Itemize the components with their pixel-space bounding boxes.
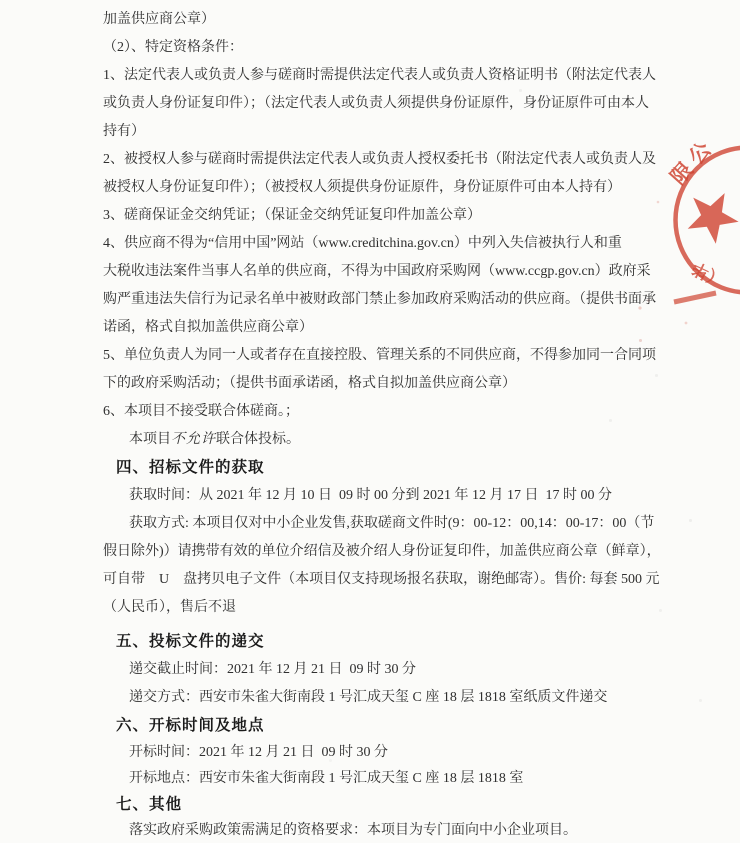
doc-line: （2）、特定资格条件： <box>103 34 680 62</box>
doc-line: 5、单位负责人为同一人或者存在直接控股、管理关系的不同供应商，不得参加同一合同项 <box>103 342 680 370</box>
seal-star-icon <box>679 181 740 248</box>
doc-line: （人民币），售后不退 <box>103 594 680 622</box>
seal-ink-speck <box>638 306 641 309</box>
doc-line: 被授权人身份证复印件）；（被授权人须提供身份证原件，身份证原件可由本人持有） <box>103 174 680 202</box>
doc-line: 或负责人身份证复印件）；（法定代表人或负责人须提供身份证原件，身份证原件可由本人 <box>103 90 680 118</box>
section-heading-other: 七、其他 <box>103 792 680 818</box>
doc-line: 获取方式: 本项目仅对中小企业发售,获取磋商文件时(9：00-12：00,14：… <box>103 510 680 538</box>
doc-line: 购严重违法失信行为记录名单中被财政部门禁止参加政府采购活动的供应商。（提供书面承 <box>103 286 680 314</box>
doc-line: 加盖供应商公章） <box>103 6 680 34</box>
seal-ink-speck <box>685 322 688 325</box>
joint-bid-note-suffix: 联合体投标。 <box>216 432 300 447</box>
section-heading-obtain-documents: 四、招标文件的获取 <box>103 454 680 482</box>
seal-text-top-char1: 限公 <box>666 133 720 189</box>
doc-line: 递交截止时间：2021 年 12 月 21 日 09 时 30 分 <box>103 656 680 684</box>
official-seal-stamp: 限公 （毕 <box>628 130 740 330</box>
seal-bottom-bar <box>674 293 716 302</box>
doc-line: 假日除外)）请携带有效的单位介绍信及被介绍人身份证复印件，加盖供应商公章（鲜章）… <box>103 538 680 566</box>
doc-line: 4、供应商不得为“信用中国”网站（www.creditchina.gov.cn）… <box>103 230 680 258</box>
doc-line: 大税收违法案件当事人名单的供应商，不得为中国政府采购网（www.ccgp.gov… <box>103 258 680 286</box>
doc-line: 开标时间：2021 年 12 月 21 日 09 时 30 分 <box>103 740 680 766</box>
document-page: 加盖供应商公章） （2）、特定资格条件： 1、法定代表人或负责人参与磋商时需提供… <box>0 0 740 843</box>
joint-bid-note-prefix: 本项目 <box>129 432 171 447</box>
joint-bid-note: 本项目不允许联合体投标。 <box>103 426 680 454</box>
joint-bid-note-emphasis: 不允许 <box>171 432 216 447</box>
seal-ink-speck <box>657 201 660 204</box>
doc-line: 下的政府采购活动；（提供书面承诺函，格式自拟加盖供应商公章） <box>103 370 680 398</box>
doc-line: 获取时间：从 2021 年 12 月 10 日 09 时 00 分到 2021 … <box>103 482 680 510</box>
doc-line: 开标地点：西安市朱雀大街南段 1 号汇成天玺 C 座 18 层 1818 室 <box>103 766 680 792</box>
doc-line: 1、法定代表人或负责人参与磋商时需提供法定代表人或负责人资格证明书（附法定代表人 <box>103 62 680 90</box>
section-heading-bid-opening: 六、开标时间及地点 <box>103 712 680 740</box>
doc-line: 2、被授权人参与磋商时需提供法定代表人或负责人授权委托书（附法定代表人或负责人及 <box>103 146 680 174</box>
doc-line: 6、本项目不接受联合体磋商。； <box>103 398 680 426</box>
doc-line: 诺函，格式自拟加盖供应商公章） <box>103 314 680 342</box>
doc-line: 可自带 U 盘拷贝电子文件（本项目仅支持现场报名获取，谢绝邮寄）。售价: 每套 … <box>103 566 680 594</box>
doc-line: 持有） <box>103 118 680 146</box>
section-heading-submit-documents: 五、投标文件的递交 <box>103 628 680 656</box>
doc-line: 递交方式：西安市朱雀大街南段 1 号汇成天玺 C 座 18 层 1818 室纸质… <box>103 684 680 712</box>
doc-line: 落实政府采购政策需满足的资格要求：本项目为专门面向中小企业项目。 <box>103 818 680 843</box>
doc-line: 3、磋商保证金交纳凭证；（保证金交纳凭证复印件加盖公章） <box>103 202 680 230</box>
scan-noise <box>0 0 1 1</box>
seal-text-bottom: （毕 <box>688 258 727 290</box>
